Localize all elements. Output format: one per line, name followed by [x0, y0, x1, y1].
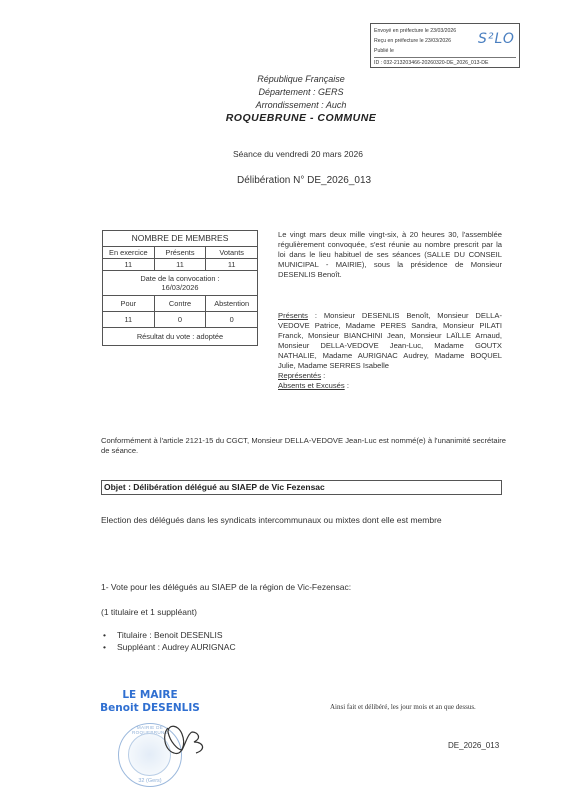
list-item: •Suppléant : Audrey AURIGNAC: [103, 642, 236, 654]
col-abstention: Abstention: [206, 296, 258, 312]
footer-reference: DE_2026_013: [448, 741, 499, 750]
col-pour: Pour: [103, 296, 155, 312]
value-pour: 11: [103, 312, 155, 328]
represented-label: Représentés: [278, 371, 321, 380]
mayor-name: Benoit DESENLIS: [100, 702, 200, 715]
convocation-cell: Date de la convocation : 16/03/2026: [103, 271, 258, 296]
handwritten-signature-icon: [160, 720, 240, 760]
value-votants: 11: [206, 259, 258, 271]
col-contre: Contre: [154, 296, 206, 312]
col-presents: Présents: [154, 247, 206, 259]
arrondissement-line: Arrondissement : Auch: [36, 99, 566, 112]
value-en-exercice: 11: [103, 259, 155, 271]
seal-bottom-text: 32 (Gers): [119, 778, 181, 784]
absent-label: Absents et Excusés: [278, 381, 345, 390]
titulaire: Titulaire : Benoit DESENLIS: [117, 630, 223, 640]
value-presents: 11: [154, 259, 206, 271]
session-date: Séance du vendredi 20 mars 2026: [233, 149, 363, 159]
vote-result: Résultat du vote : adoptée: [103, 328, 258, 346]
list-item: •Titulaire : Benoit DESENLIS: [103, 630, 236, 642]
vote-title: 1- Vote pour les délégués au SIAEP de la…: [101, 582, 351, 592]
presents-list: : Monsieur DESENLIS Benoît, Monsieur DEL…: [278, 311, 502, 370]
stamp-id: ID : 032-213203466-20260320-DE_2026_013-…: [374, 57, 516, 68]
bullet-icon: •: [103, 642, 117, 654]
attendance-block: Présents : Monsieur DESENLIS Benoît, Mon…: [278, 311, 502, 391]
members-table: NOMBRE DE MEMBRES En exercice Présents V…: [102, 230, 258, 346]
mayor-title: LE MAIRE: [100, 689, 200, 702]
members-table-title: NOMBRE DE MEMBRES: [103, 231, 258, 247]
presents-paragraph: Présents : Monsieur DESENLIS Benoît, Mon…: [278, 311, 502, 371]
col-votants: Votants: [206, 247, 258, 259]
col-en-exercice: En exercice: [103, 247, 155, 259]
election-paragraph: Election des délégués dans les syndicats…: [101, 515, 481, 526]
presents-label: Présents: [278, 311, 308, 320]
object-box: Objet : Délibération délégué au SIAEP de…: [101, 480, 502, 495]
vote-note: (1 titulaire et 1 suppléant): [101, 607, 197, 617]
intro-paragraph: Le vingt mars deux mille vingt-six, à 20…: [278, 230, 502, 280]
represented-value: :: [321, 371, 325, 380]
absent-line: Absents et Excusés :: [278, 381, 502, 391]
secretary-paragraph: Conformément à l'article 2121-15 du CGCT…: [101, 436, 506, 456]
department-line: Département : GERS: [36, 86, 566, 99]
republic-line: République Française: [36, 73, 566, 86]
represented-line: Représentés :: [278, 371, 502, 381]
value-contre: 0: [154, 312, 206, 328]
value-abstention: 0: [206, 312, 258, 328]
document-header: République Française Département : GERS …: [0, 73, 566, 124]
commune-title: ROQUEBRUNE - COMMUNE: [36, 112, 566, 124]
mayor-stamp: LE MAIRE Benoit DESENLIS: [100, 689, 200, 715]
stamp-published: Publié le: [374, 46, 516, 56]
bullet-icon: •: [103, 630, 117, 642]
absent-value: :: [345, 381, 349, 390]
convocation-date: 16/03/2026: [105, 283, 255, 292]
convocation-label: Date de la convocation :: [105, 274, 255, 283]
suppleant: Suppléant : Audrey AURIGNAC: [117, 642, 236, 652]
closing-statement: Ainsi fait et délibéré, les jour mois et…: [330, 703, 476, 711]
stamp-handwritten-mark: S²LO: [478, 31, 515, 47]
vote-list: •Titulaire : Benoit DESENLIS •Suppléant …: [103, 630, 236, 653]
deliberation-number: Délibération N° DE_2026_013: [237, 175, 371, 186]
